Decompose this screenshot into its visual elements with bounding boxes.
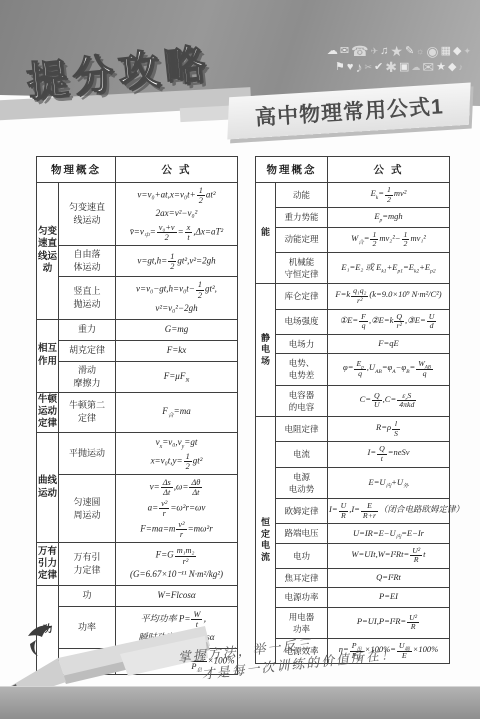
formula-line: Ek=12mv² [329, 185, 448, 205]
concept-cell: 万有引力定律 [59, 543, 116, 585]
table-row: 曲线运动平抛运动vx=v₀,vy=gtx=v₀t,y=12gt² [37, 432, 238, 474]
formula-cell: E=U内+U外 [327, 467, 449, 499]
formula-line: I=UR,I=ER+r（闭合电路欧姆定律） [329, 501, 448, 521]
table-row: 匀变速直线运动匀变速直线运动v=v₀+at,x=v₀t+12at²2ax=v²−… [37, 183, 238, 246]
formula-line: I=Qt=neSv [329, 444, 448, 464]
flag-icon: ⚑ [335, 62, 345, 73]
group-label: 静电场 [255, 284, 275, 417]
concept-cell: 欧姆定律 [275, 499, 327, 524]
table-row: 胡克定律F=kx [37, 340, 238, 361]
concept-cell: 电源功率 [275, 588, 327, 607]
formula-cell: I=Qt=neSv [327, 442, 449, 467]
grid-icon: ▦ [441, 46, 451, 57]
bird-icon [28, 626, 52, 656]
concept-cell: 机械能守恒定律 [275, 252, 327, 284]
concept-cell: 电容器的电容 [275, 385, 327, 417]
group-label: 万有引力定律 [37, 543, 59, 585]
formula-cell: F=μFN [116, 361, 238, 392]
poster: 提分攻略 ☁✉☎✈♫★✎☼◉▦◆✦⚑♥♪✂✔✱▣☁✉★◆♪ 高中物理常用公式1 … [0, 0, 480, 719]
left-formula-table: 物理概念公 式匀变速直线运动匀变速直线运动v=v₀+at,x=v₀t+12at²… [36, 156, 238, 675]
table-row: 动能定理W合=12mv₂²−12mv₁² [255, 227, 449, 252]
formula-cell: v=ΔsΔt,ω=ΔθΔta=v²r=ω²r=ωvF=ma=mv²r=mω²r [116, 474, 238, 543]
group-label: 曲线运动 [37, 432, 59, 543]
table-row: 恒定电流电阻定律R=ρlS [255, 417, 449, 442]
formula-line: v=v₀+at,x=v₀t+12at² [117, 185, 236, 206]
table-row: 滑动摩擦力F=μFN [37, 361, 238, 392]
formula-cell: C=QU,C=εrS4πkd [327, 385, 449, 417]
table-row: 焦耳定律Q=I²Rt [255, 568, 449, 587]
concept-column-header: 物理概念 [37, 157, 116, 183]
group-label: 相互作用 [37, 319, 59, 392]
formula-line: W合=12mv₂²−12mv₁² [329, 230, 448, 250]
sun-icon: ☼ [416, 47, 424, 56]
formula-line: Q=I²Rt [329, 571, 448, 585]
concept-cell: 动能 [275, 183, 327, 208]
diamond-icon: ◆ [448, 62, 456, 73]
formula-line: vx=v₀,vy=gt [117, 435, 236, 451]
table-row: 匀速圆周运动v=ΔsΔt,ω=ΔθΔta=v²r=ω²r=ωvF=ma=mv²r… [37, 474, 238, 543]
concept-cell: 库仑定律 [275, 284, 327, 309]
formula-line: φ=Epq,UAB=φA−φB=WABq [329, 359, 448, 379]
table-row: 竖直上抛运动v=v₀−gt,h=v₀t−12gt²,v²=v₀²−2gh [37, 277, 238, 319]
formula-line: a=v²r=ω²r=ωv [117, 498, 236, 519]
formula-cell: Ek=12mv² [327, 183, 449, 208]
group-label: 能 [255, 183, 275, 284]
concept-cell: 竖直上抛运动 [59, 277, 116, 319]
group-label: 匀变速直线运动 [37, 183, 59, 320]
concept-cell: 重力 [59, 319, 116, 340]
formula-column-header: 公 式 [116, 157, 238, 183]
table-row: 欧姆定律I=UR,I=ER+r（闭合电路欧姆定律） [255, 499, 449, 524]
formula-line: (G=6.67×10⁻¹¹ N·m²/kg²) [117, 567, 236, 583]
table-row: 机械能守恒定律E₁=E₂ 或 Ek1+Ep1=Ek2+Ep2 [255, 252, 449, 284]
table-row: 电功W=UIt,W=I²Rt=U²Rt [255, 543, 449, 568]
concept-cell: 电场强度 [275, 309, 327, 334]
formula-cell: vx=v₀,vy=gtx=v₀t,y=12gt² [116, 432, 238, 474]
formula-line: F=kq₁q₂r²(k=9.0×10⁹ N·m²/C²) [329, 286, 448, 306]
concept-cell: 路端电压 [275, 524, 327, 543]
formula-cell: v=gt,h=12gt²,v²=2gh [116, 246, 238, 277]
formula-cell: F=kq₁q₂r²(k=9.0×10⁹ N·m²/C²) [327, 284, 449, 309]
table-row: 牛顿运动定律牛顿第二定律F合=ma [37, 392, 238, 432]
formula-line: C=QU,C=εrS4πkd [329, 391, 448, 411]
table-row: 重力势能Ep=mgh [255, 208, 449, 227]
note-icon: ♪ [355, 60, 362, 74]
formula-line: G=mg [117, 322, 236, 338]
formula-cell: F=Gm₁m₂r²(G=6.67×10⁻¹¹ N·m²/kg²) [116, 543, 238, 585]
formula-cell: E₁=E₂ 或 Ek1+Ep1=Ek2+Ep2 [327, 252, 449, 284]
concept-cell: 功 [59, 585, 116, 606]
star-icon: ★ [436, 62, 446, 73]
spark-icon: ✦ [464, 47, 472, 56]
table-row: 路端电压U=IR=E−U内=E−Ir [255, 524, 449, 543]
concept-cell: 焦耳定律 [275, 568, 327, 587]
scissors-icon: ✂ [364, 63, 372, 72]
concept-cell: 胡克定律 [59, 340, 116, 361]
group-label: 恒定电流 [255, 417, 275, 664]
formula-cell: W合=12mv₂²−12mv₁² [327, 227, 449, 252]
formula-cell: v=v₀+at,x=v₀t+12at²2ax=v²−v₀²v̄=v中=v₀+v2… [116, 183, 238, 246]
formula-cell: W=UIt,W=I²Rt=U²Rt [327, 543, 449, 568]
table-row: 电源电动势E=U内+U外 [255, 467, 449, 499]
table-row: 电源功率P=EI [255, 588, 449, 607]
formula-cell: I=UR,I=ER+r（闭合电路欧姆定律） [327, 499, 449, 524]
formula-line: E₁=E₂ 或 Ek1+Ep1=Ek2+Ep2 [329, 261, 448, 275]
table-row: 电场强度①E=Fq,②E=kQr²,③E=Ud [255, 309, 449, 334]
square-icon: ▣ [399, 62, 409, 73]
icon-cloud: ☁✉☎✈♫★✎☼◉▦◆✦⚑♥♪✂✔✱▣☁✉★◆♪ [324, 44, 474, 74]
formula-line: W=UIt,W=I²Rt=U²Rt [329, 546, 448, 566]
formula-line: F=μFN [117, 369, 236, 385]
formula-line: v=v₀−gt,h=v₀t−12gt², [117, 279, 236, 300]
concept-column-header: 物理概念 [255, 157, 327, 183]
table-row: 电流I=Qt=neSv [255, 442, 449, 467]
table-row: 能动能Ek=12mv² [255, 183, 449, 208]
table-row: 电场力F=qE [255, 334, 449, 353]
pencil-icon: ✎ [405, 46, 414, 57]
concept-cell: 电功 [275, 543, 327, 568]
asterisk-icon: ✱ [385, 60, 397, 74]
mail-icon: ✉ [340, 46, 349, 57]
formula-line: F=ma=mv²r=mω²r [117, 519, 236, 540]
formula-cell: U=IR=E−U内=E−Ir [327, 524, 449, 543]
formula-line: Ep=mgh [329, 210, 448, 224]
formula-cell: F合=ma [116, 392, 238, 432]
formula-line: v̄=v中=v₀+v2=xt,Δx=aT² [117, 222, 236, 243]
diamond-icon: ◆ [453, 46, 461, 57]
table-row: 电势、电势差φ=Epq,UAB=φA−φB=WABq [255, 354, 449, 386]
concept-cell: 动能定理 [275, 227, 327, 252]
formula-line: v²=v₀²−2gh [117, 301, 236, 317]
formula-line: U=IR=E−U内=E−Ir [329, 527, 448, 541]
concept-cell: 平抛运动 [59, 432, 116, 474]
plane-icon: ✈ [371, 47, 379, 56]
table-row: 静电场库仑定律F=kq₁q₂r²(k=9.0×10⁹ N·m²/C²) [255, 284, 449, 309]
formula-line: F合=ma [117, 404, 236, 420]
formula-cell: Ep=mgh [327, 208, 449, 227]
formula-cell: φ=Epq,UAB=φA−φB=WABq [327, 354, 449, 386]
phone-icon: ☎ [351, 44, 368, 58]
formula-cell: v=v₀−gt,h=v₀t−12gt²,v²=v₀²−2gh [116, 277, 238, 319]
formula-line: v=gt,h=12gt²,v²=2gh [117, 251, 236, 272]
concept-cell: 匀变速直线运动 [59, 183, 116, 246]
formula-line: W=Flcosα [117, 588, 236, 604]
formula-cell: Q=I²Rt [327, 568, 449, 587]
table-row: 功功W=Flcosα [37, 585, 238, 606]
formula-line: v=ΔsΔt,ω=ΔθΔt [117, 477, 236, 498]
group-label: 牛顿运动定律 [37, 392, 59, 432]
formula-line: F=kx [117, 343, 236, 359]
concept-cell: 电场力 [275, 334, 327, 353]
formula-cell: W=Flcosα [116, 585, 238, 606]
concept-cell: 电流 [275, 442, 327, 467]
formula-column-header: 公 式 [327, 157, 449, 183]
music-icon: ♫ [380, 46, 388, 57]
concept-cell: 电阻定律 [275, 417, 327, 442]
table-row: 自由落体运动v=gt,h=12gt²,v²=2gh [37, 246, 238, 277]
table-row: 电容器的电容C=QU,C=εrS4πkd [255, 385, 449, 417]
concept-cell: 重力势能 [275, 208, 327, 227]
check-icon: ✔ [374, 62, 383, 73]
formula-line: 2ax=v²−v₀² [117, 206, 236, 222]
formula-line: P=EI [329, 590, 448, 604]
concept-cell: 电势、电势差 [275, 354, 327, 386]
concept-cell: 滑动摩擦力 [59, 361, 116, 392]
concept-cell: 自由落体运动 [59, 246, 116, 277]
formula-cell: F=qE [327, 334, 449, 353]
formula-line: F=qE [329, 337, 448, 351]
table-row: 相互作用重力G=mg [37, 319, 238, 340]
mail-icon: ✉ [422, 60, 434, 74]
star-icon: ★ [390, 44, 403, 58]
formula-cell: G=mg [116, 319, 238, 340]
right-formula-table: 物理概念公 式能动能Ek=12mv²重力势能Ep=mgh动能定理W合=12mv₂… [255, 156, 450, 664]
formula-cell: R=ρlS [327, 417, 449, 442]
formula-line: ①E=Fq,②E=kQr²,③E=Ud [329, 312, 448, 332]
cloud-icon: ☁ [327, 46, 338, 57]
concept-cell: 电源电动势 [275, 467, 327, 499]
concept-cell: 匀速圆周运动 [59, 474, 116, 543]
formula-tables: 物理概念公 式匀变速直线运动匀变速直线运动v=v₀+at,x=v₀t+12at²… [36, 156, 450, 675]
formula-line: R=ρlS [329, 419, 448, 439]
target-icon: ◉ [426, 44, 438, 58]
formula-cell: ①E=Fq,②E=kQr²,③E=Ud [327, 309, 449, 334]
subtitle-text: 高中物理常用公式1 [254, 90, 444, 131]
concept-cell: 牛顿第二定律 [59, 392, 116, 432]
formula-cell: P=EI [327, 588, 449, 607]
formula-line: x=v₀t,y=12gt² [117, 451, 236, 472]
note-icon: ♪ [458, 63, 463, 72]
heart-icon: ♥ [347, 62, 354, 73]
table-row: 万有引力定律万有引力定律F=Gm₁m₂r²(G=6.67×10⁻¹¹ N·m²/… [37, 543, 238, 585]
footer-bar [0, 686, 480, 719]
formula-line: E=U内+U外 [329, 476, 448, 490]
formula-line: F=Gm₁m₂r² [117, 545, 236, 566]
formula-cell: F=kx [116, 340, 238, 361]
cloud-icon: ☁ [411, 63, 420, 72]
